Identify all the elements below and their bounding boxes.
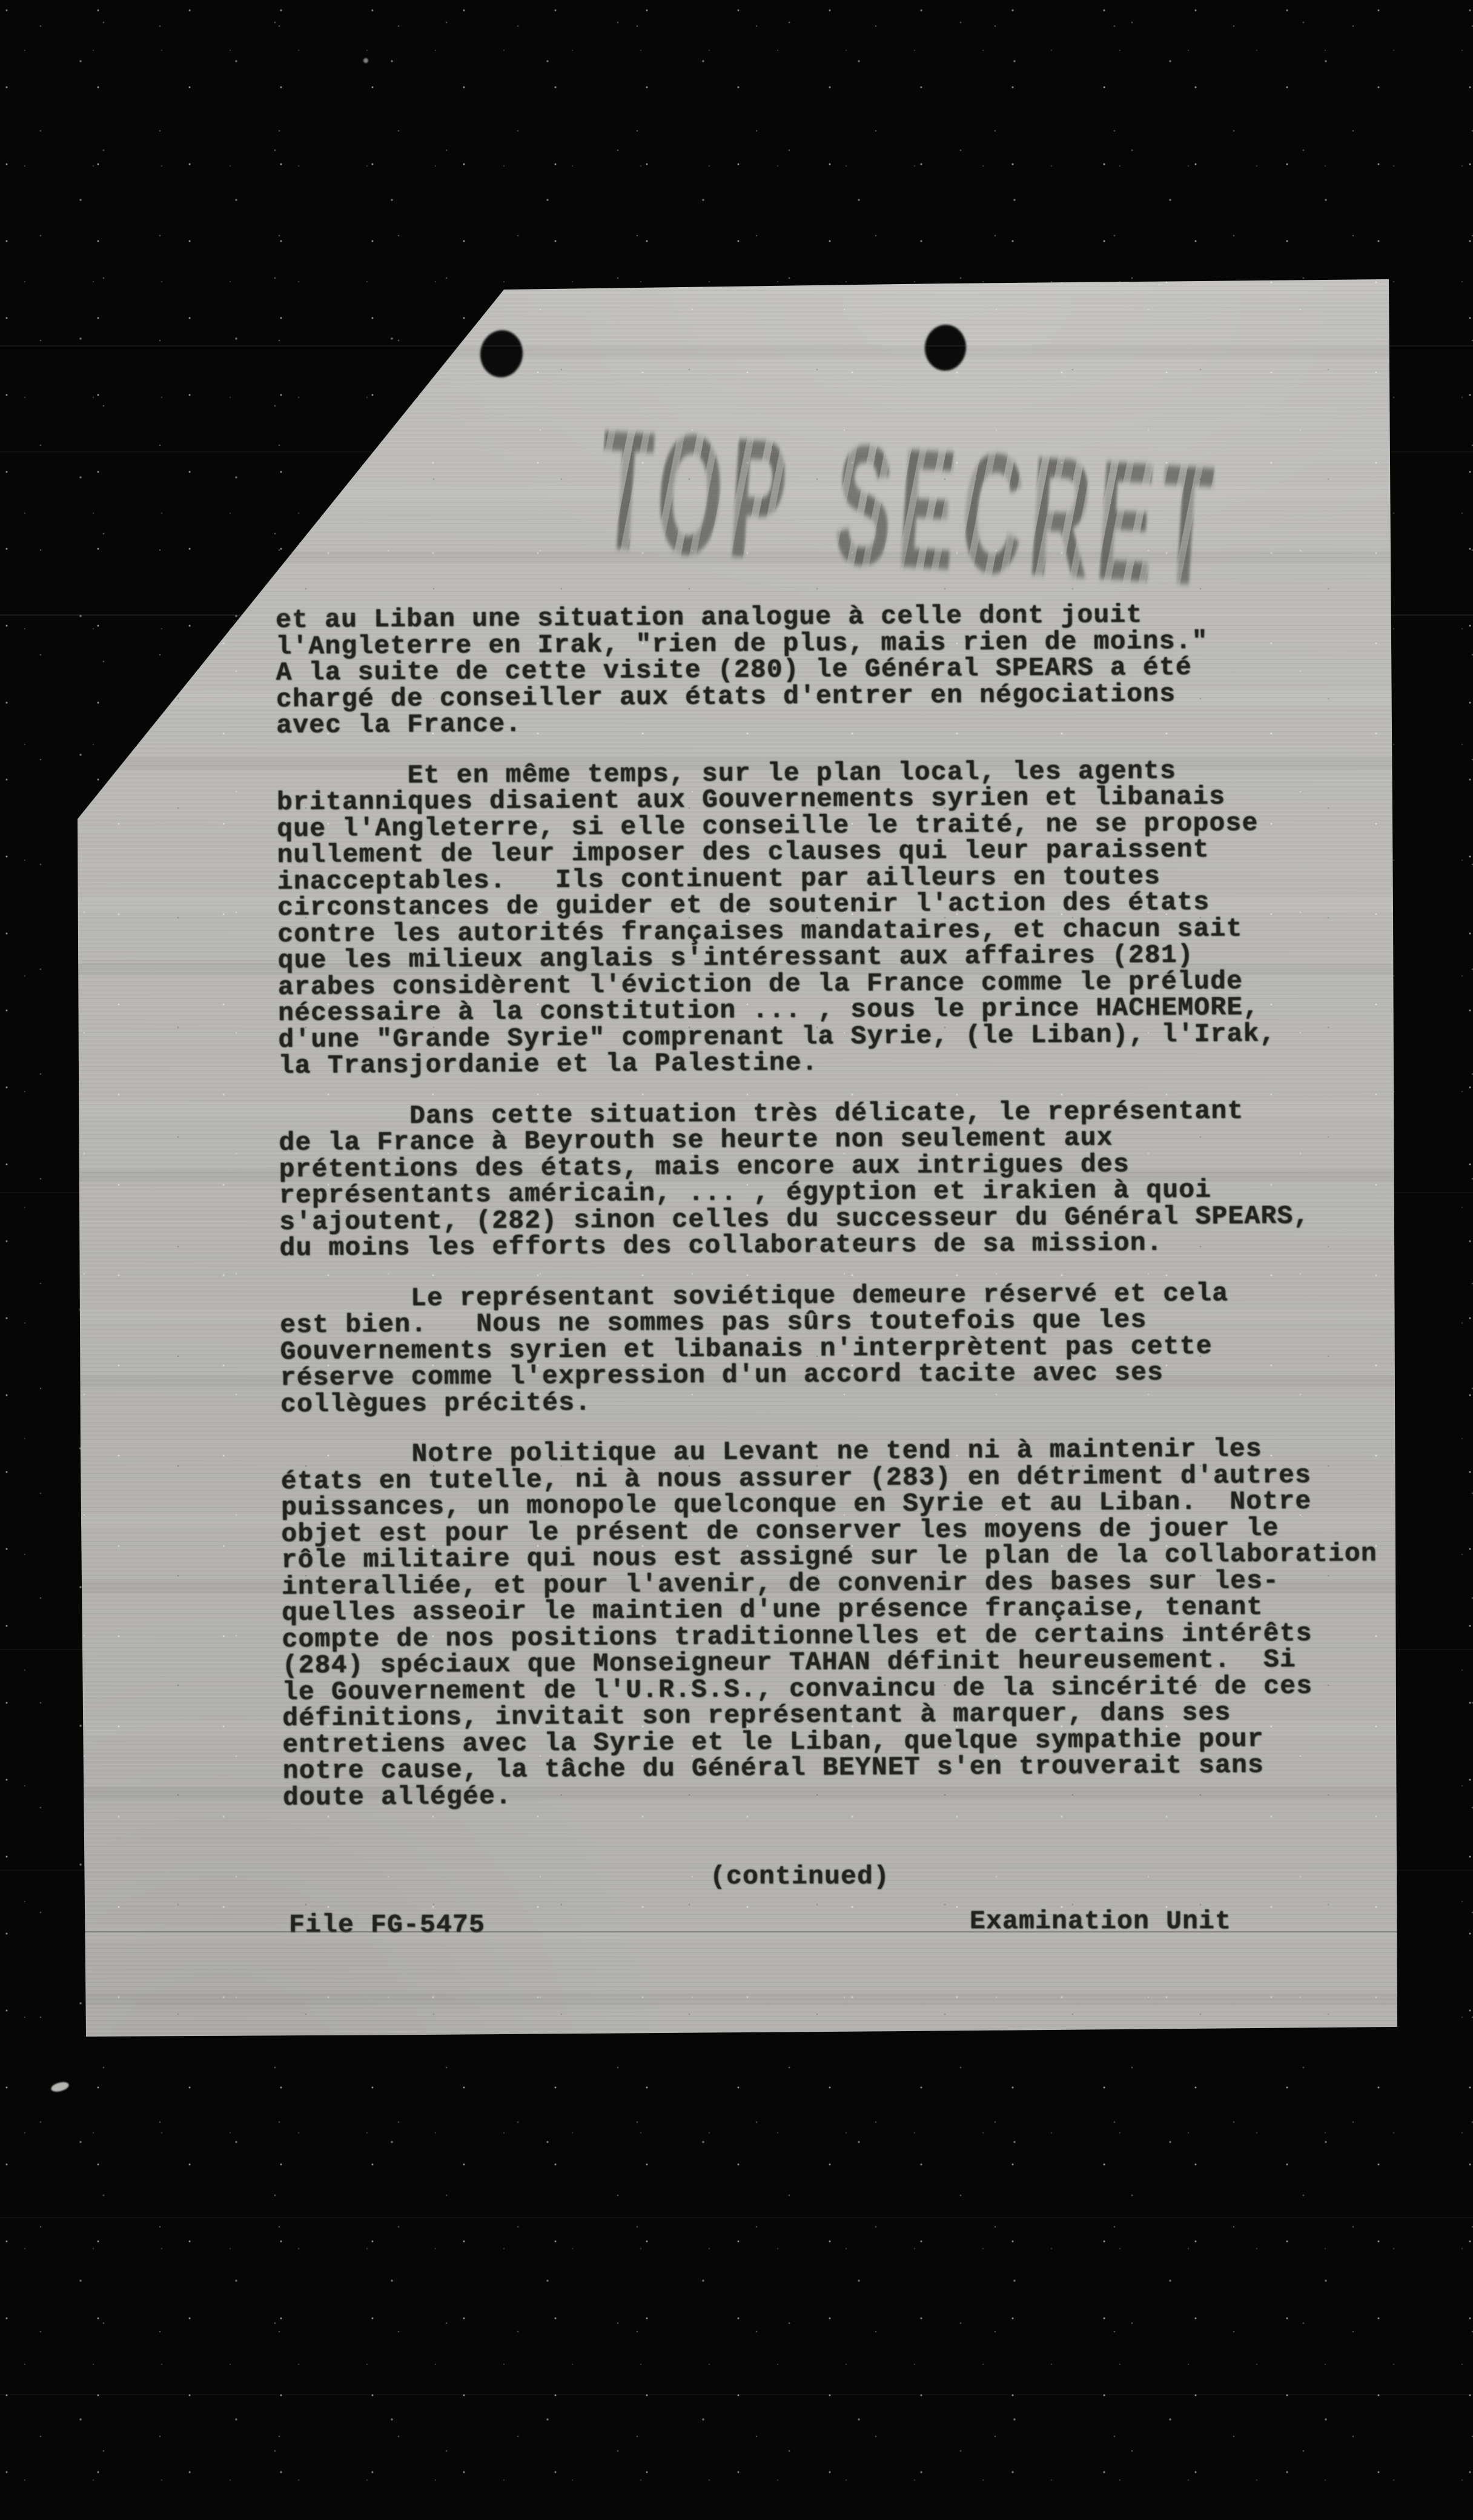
scan-streak (0, 614, 1473, 616)
scan-streak (0, 2394, 1473, 2395)
dust-fleck (363, 58, 368, 63)
scan-streak (0, 345, 1473, 346)
scan-streak (0, 451, 1473, 453)
paragraph: Dans cette situation très délicate, le r… (279, 1096, 1375, 1261)
scan-streak (0, 1649, 1473, 1650)
file-reference-label: File FG-5475 (289, 1912, 485, 1938)
film-scan-frame: TOP SECRET et au Liban une situation ana… (0, 0, 1473, 2520)
footer-rule-line (0, 1931, 1473, 1932)
scan-streak (0, 1869, 1473, 1871)
examination-unit-label: Examination Unit (970, 1908, 1231, 1935)
paragraph: et au Liban une situation analogue à cel… (276, 600, 1372, 739)
paragraph: Et en même temps, sur le plan local, les… (277, 756, 1374, 1079)
paragraph: Le représentant soviétique demeure réser… (280, 1279, 1377, 1417)
scan-streak (0, 1192, 1473, 1193)
scan-streak (0, 2217, 1473, 2218)
continued-note: (continued) (710, 1863, 890, 1890)
paragraph: Notre politique au Levant ne tend ni à m… (280, 1435, 1379, 1811)
